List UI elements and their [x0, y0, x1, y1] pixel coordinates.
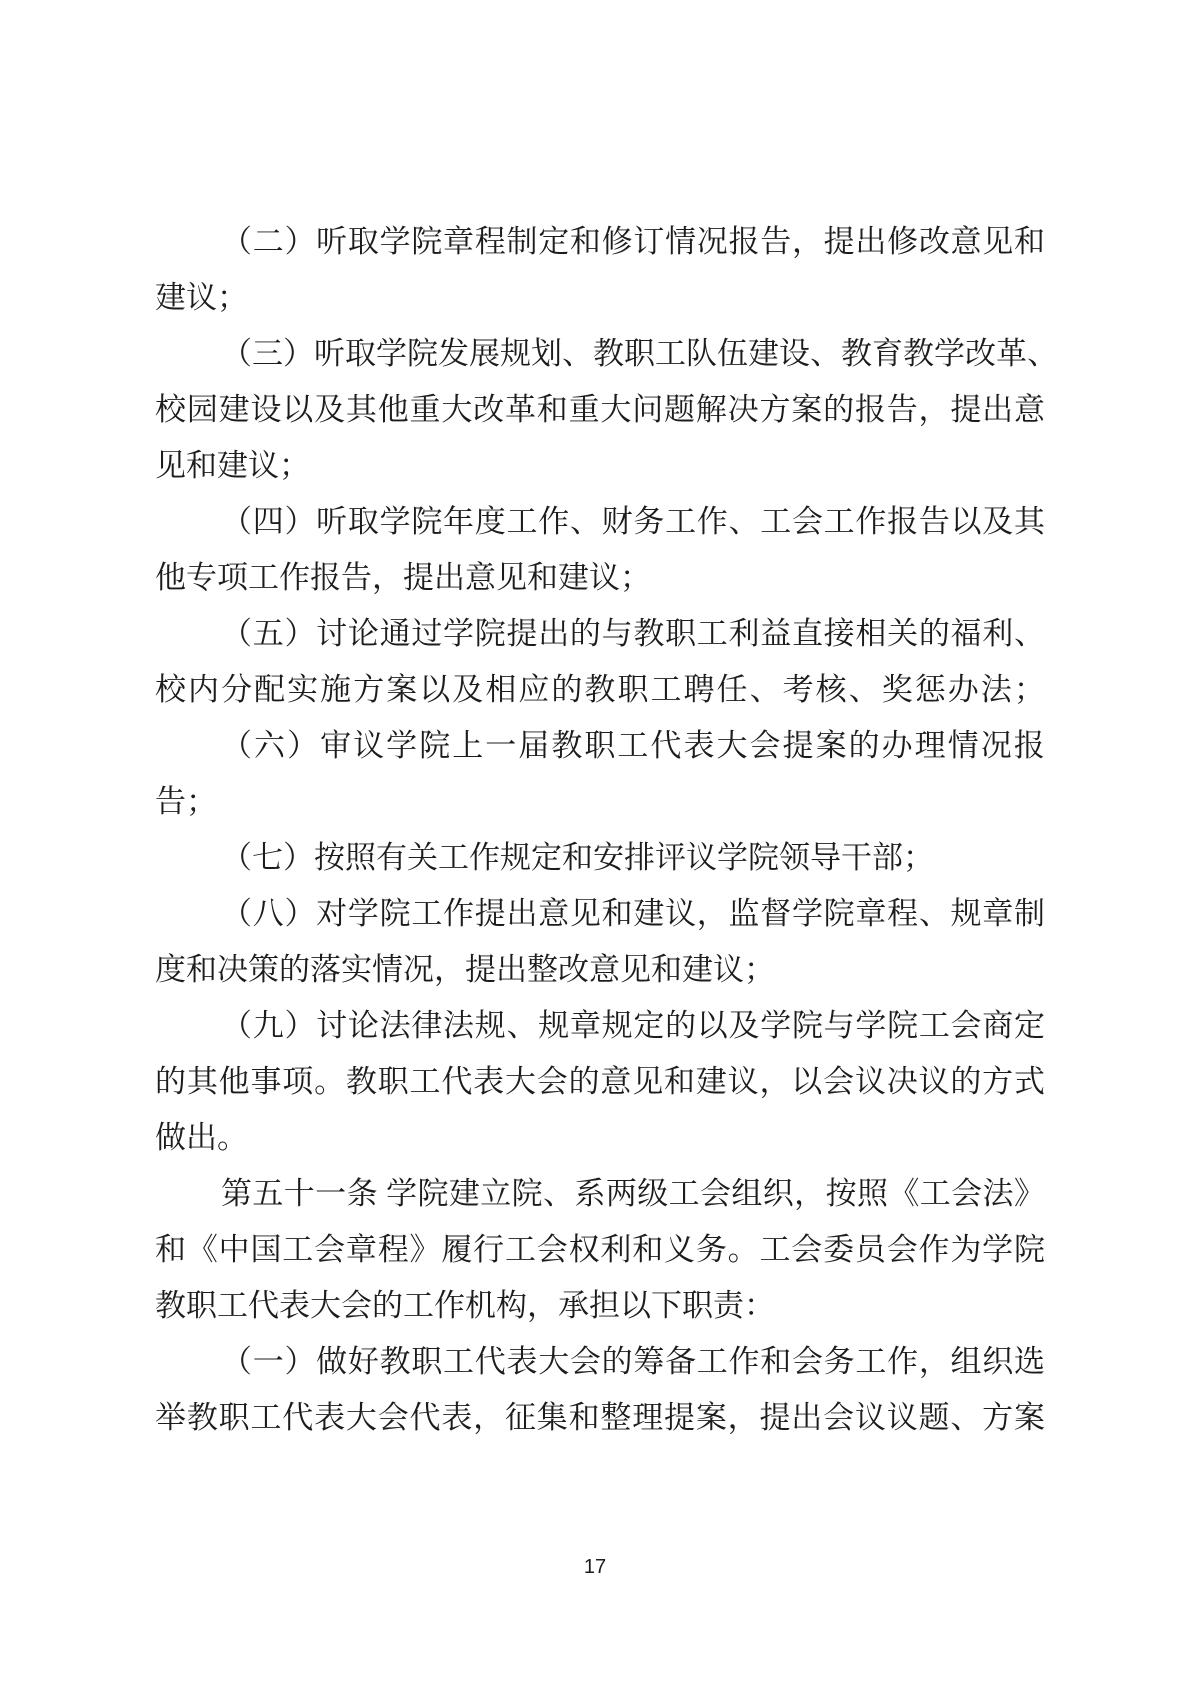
text-character: 其: [346, 382, 377, 438]
text-character: 工: [855, 1334, 886, 1390]
text-character: ）: [284, 494, 315, 550]
text-character: ，: [919, 1334, 950, 1390]
text-character: 、: [506, 998, 537, 1054]
text-character: 育: [872, 326, 903, 382]
text-character: 告: [919, 494, 950, 550]
text-character: 《: [888, 1166, 919, 1222]
text-line: 和《中国工会章程》履行工会权利和义务。工会委员会作为学院: [155, 1222, 1045, 1278]
text-character: 律: [411, 998, 442, 1054]
text-character: 接: [824, 606, 855, 662]
text-character: 员: [855, 1222, 886, 1278]
text-character: 取: [348, 214, 379, 270]
text-character: 院: [411, 494, 442, 550]
text-character: 上: [452, 718, 483, 774]
text-character: （: [221, 718, 252, 774]
text-character: 工: [665, 494, 696, 550]
text-character: 院: [1014, 1222, 1045, 1278]
text-character: 教: [584, 662, 615, 718]
text-character: 利: [600, 1222, 631, 1278]
text-character: 工: [443, 1334, 474, 1390]
text-character: 工: [506, 494, 537, 550]
text-character: 工: [920, 1166, 951, 1222]
text-line: 教职工代表大会的工作机构，承担以下职责：: [155, 1278, 1045, 1334]
text-character: 立: [480, 1166, 511, 1222]
text-character: 考: [783, 662, 814, 718]
text-character: 和: [664, 1054, 695, 1110]
text-character: 组: [731, 1166, 762, 1222]
text-character: 工: [650, 662, 681, 718]
text-character: 革: [996, 326, 1027, 382]
text-character: 案: [386, 662, 417, 718]
text-character: 照: [857, 1166, 888, 1222]
text-character: 好: [348, 1334, 379, 1390]
text-character: 见: [982, 214, 1013, 270]
text-character: 表: [506, 1334, 537, 1390]
text-character: 况: [697, 214, 728, 270]
text-character: ，: [794, 1166, 825, 1222]
text-character: 法: [443, 998, 474, 1054]
text-character: 二: [253, 214, 284, 270]
text-character: （: [221, 214, 252, 270]
text-character: 建: [748, 326, 779, 382]
text-character: 议: [728, 1054, 759, 1110]
text-character: 表: [441, 1390, 472, 1446]
text-character: 教: [633, 606, 664, 662]
text-line: 度和决策的落实情况，提出整改意见和建议；: [155, 942, 1045, 998]
text-character: 务: [824, 1334, 855, 1390]
text-character: 见: [570, 886, 601, 942]
text-character: 教: [346, 1054, 377, 1110]
document-page: （二）听取学院章程制定和修订情况报告，提出修改意见和建议；（三）听取学院发展规划…: [0, 0, 1190, 1683]
text-character: 院: [380, 886, 411, 942]
text-character: 审: [320, 718, 351, 774]
text-character: 重: [569, 382, 600, 438]
text-character: 工: [410, 1054, 441, 1110]
text-character: 况: [981, 718, 1012, 774]
text-character: 教: [551, 718, 582, 774]
text-character: 论: [348, 606, 379, 662]
text-character: 教: [380, 1334, 411, 1390]
text-character: 法: [981, 662, 1012, 718]
text-character: 奖: [882, 662, 913, 718]
text-character: 大: [716, 718, 747, 774]
text-character: 代: [282, 1390, 313, 1446]
text-character: 建: [696, 1054, 727, 1110]
text-character: 会: [823, 1054, 854, 1110]
text-character: 以: [791, 1054, 822, 1110]
text-character: 作: [887, 1334, 918, 1390]
text-character: 理: [632, 1390, 663, 1446]
text-character: 案: [1014, 1390, 1045, 1446]
text-character: 校: [155, 382, 186, 438]
text-character: 职: [584, 718, 615, 774]
text-character: 会: [823, 1390, 854, 1446]
text-character: 题: [919, 1390, 950, 1446]
text-character: 、: [950, 1390, 981, 1446]
text-character: 和: [632, 1222, 663, 1278]
text-character: 及: [982, 494, 1013, 550]
text-character: 与: [824, 998, 855, 1054]
text-character: 大: [441, 382, 472, 438]
text-character: [378, 1166, 386, 1222]
text-character: 履: [441, 1222, 472, 1278]
text-character: 八: [253, 886, 284, 942]
text-character: 报: [887, 494, 918, 550]
text-character: 出: [855, 214, 886, 270]
text-character: 工: [655, 326, 686, 382]
text-line: 举教职工代表大会代表，征集和整理提案，提出会议议题、方案: [155, 1390, 1045, 1446]
text-character: 作: [538, 494, 569, 550]
text-character: 会: [537, 1054, 568, 1110]
text-character: 工: [250, 1390, 281, 1446]
text-character: 、: [562, 326, 593, 382]
text-character: 学: [982, 1222, 1013, 1278]
text-character: 会: [791, 1222, 822, 1278]
text-character: 程: [887, 886, 918, 942]
text-character: 利: [729, 606, 760, 662]
text-character: 学: [792, 886, 823, 942]
text-character: 告: [760, 214, 791, 270]
text-character: 的: [919, 606, 950, 662]
text-line: 建议；: [155, 270, 1045, 326]
text-character: 情: [948, 718, 979, 774]
text-character: 院: [475, 606, 506, 662]
text-character: 分: [221, 662, 252, 718]
text-character: 职: [665, 606, 696, 662]
text-character: 》: [1014, 1166, 1045, 1222]
text-character: 》: [410, 1222, 441, 1278]
text-character: 大: [346, 1390, 377, 1446]
text-character: 章: [855, 886, 886, 942]
text-character: 六: [254, 718, 285, 774]
text-character: 相: [485, 662, 516, 718]
text-character: 院: [407, 326, 438, 382]
text-character: （: [221, 326, 252, 382]
text-character: 决: [887, 1054, 918, 1110]
text-character: 学: [934, 326, 965, 382]
text-character: 取: [345, 326, 376, 382]
text-character: 学: [348, 886, 379, 942]
text-character: 财: [602, 494, 633, 550]
text-line: 见和建议；: [155, 438, 1045, 494]
text-character: 会: [750, 718, 781, 774]
text-character: 届: [518, 718, 549, 774]
text-character: 议: [919, 1054, 950, 1110]
text-character: 工: [919, 998, 950, 1054]
text-character: 见: [632, 1054, 663, 1110]
text-character: 方: [759, 382, 790, 438]
text-character: 出: [982, 382, 1013, 438]
text-character: （: [221, 1334, 252, 1390]
text-character: 队: [686, 326, 717, 382]
text-character: 为: [950, 1222, 981, 1278]
text-character: 学: [380, 214, 411, 270]
text-character: 议: [353, 718, 384, 774]
text-character: 任: [717, 662, 748, 718]
text-character: 、: [1027, 326, 1058, 382]
text-character: 议: [855, 1054, 886, 1110]
text-character: 工: [282, 1222, 313, 1278]
text-character: 织: [763, 1166, 794, 1222]
text-line: （九）讨论法律法规、规章规定的以及学院与学院工会商定: [155, 998, 1045, 1054]
text-character: 章: [346, 1222, 377, 1278]
text-character: 的: [950, 1054, 981, 1110]
text-character: 院: [417, 1166, 448, 1222]
text-character: 订: [633, 214, 664, 270]
text-character: 问: [632, 382, 663, 438]
text-character: 职: [219, 1390, 250, 1446]
text-character: 会: [951, 1166, 982, 1222]
text-character: 三: [252, 326, 283, 382]
text-character: 讨: [316, 606, 347, 662]
text-character: 大: [505, 1054, 536, 1110]
text-character: 项: [282, 1054, 313, 1110]
text-character: 工: [760, 494, 791, 550]
text-character: 式: [1014, 1054, 1045, 1110]
text-character: 重: [410, 382, 441, 438]
text-character: 院: [512, 1166, 543, 1222]
text-character: 作: [729, 1334, 760, 1390]
text-character: 意: [538, 886, 569, 942]
text-character: 的: [665, 998, 696, 1054]
text-character: 和: [569, 1390, 600, 1446]
text-character: 章: [443, 214, 474, 270]
text-character: 学: [855, 998, 886, 1054]
text-character: 会: [570, 1334, 601, 1390]
text-character: 通: [380, 606, 411, 662]
text-character: 程: [378, 1222, 409, 1278]
text-character: 代: [650, 718, 681, 774]
text-character: 会: [314, 1222, 345, 1278]
text-character: 章: [570, 998, 601, 1054]
text-character: 级: [637, 1166, 668, 1222]
text-character: 督: [760, 886, 791, 942]
text-character: 院: [792, 998, 823, 1054]
text-character: 听: [316, 214, 347, 270]
text-character: （: [221, 494, 252, 550]
text-character: 第: [221, 1166, 252, 1222]
text-character: 过: [411, 606, 442, 662]
text-character: 学: [386, 1166, 417, 1222]
text-character: 五: [253, 606, 284, 662]
text-character: 情: [665, 214, 696, 270]
text-character: 规: [951, 886, 982, 942]
text-character: 教: [903, 326, 934, 382]
text-character: 提: [475, 886, 506, 942]
text-character: 和: [602, 886, 633, 942]
text-character: 工: [617, 718, 648, 774]
text-character: 表: [314, 1390, 345, 1446]
text-character: 、: [919, 886, 950, 942]
text-character: 他: [378, 382, 409, 438]
text-character: 建: [633, 886, 664, 942]
text-character: 的: [602, 1334, 633, 1390]
text-character: 的: [155, 1054, 186, 1110]
text-line: 他专项工作报告，提出意见和建议；: [155, 550, 1045, 606]
text-character: 备: [665, 1334, 696, 1390]
text-character: （: [221, 998, 252, 1054]
text-character: 职: [617, 662, 648, 718]
text-character: 和: [155, 1222, 186, 1278]
text-character: 职: [624, 326, 655, 382]
text-character: 论: [348, 998, 379, 1054]
text-character: 委: [823, 1222, 854, 1278]
text-character: 提: [759, 1390, 790, 1446]
text-character: 他: [219, 1054, 250, 1110]
text-character: 职: [378, 1054, 409, 1110]
text-character: 理: [915, 718, 946, 774]
text-character: 集: [537, 1390, 568, 1446]
text-character: 定: [1014, 998, 1045, 1054]
text-character: 系: [574, 1166, 605, 1222]
text-character: 的: [569, 1054, 600, 1110]
text-character: 代: [441, 1054, 472, 1110]
text-character: 及: [314, 382, 345, 438]
text-character: 的: [823, 382, 854, 438]
text-line: （四）听取学院年度工作、财务工作、工会工作报告以及其: [155, 494, 1045, 550]
text-character: 修: [602, 214, 633, 270]
text-character: 实: [287, 662, 318, 718]
text-character: 程: [475, 214, 506, 270]
text-character: 会: [537, 1222, 568, 1278]
text-character: 教: [187, 1390, 218, 1446]
text-character: 意: [600, 1054, 631, 1110]
text-character: ，: [759, 1054, 790, 1110]
text-character: 代: [410, 1390, 441, 1446]
text-character: 院: [887, 998, 918, 1054]
text-character: 和: [537, 382, 568, 438]
document-lines: （二）听取学院章程制定和修订情况报告，提出修改意见和建议；（三）听取学院发展规划…: [155, 214, 1045, 1446]
text-character: ）: [284, 606, 315, 662]
text-character: 作: [697, 494, 728, 550]
text-character: 大: [538, 1334, 569, 1390]
text-character: 教: [841, 326, 872, 382]
text-character: ）: [287, 718, 318, 774]
text-character: 学: [380, 494, 411, 550]
text-character: 中: [219, 1222, 250, 1278]
text-character: 一: [485, 718, 516, 774]
text-line: （八）对学院工作提出意见和建议，监督学院章程、规章制: [155, 886, 1045, 942]
text-character: 法: [380, 998, 411, 1054]
text-character: 改: [965, 326, 996, 382]
text-character: ）: [284, 1334, 315, 1390]
text-character: 规: [500, 326, 531, 382]
text-character: 章: [982, 886, 1013, 942]
text-character: 教: [593, 326, 624, 382]
text-character: 建: [219, 382, 250, 438]
text-line: （三）听取学院发展规划、教职工队伍建设、教育教学改革、: [155, 326, 1045, 382]
text-character: 和: [1014, 214, 1045, 270]
text-character: 革: [505, 382, 536, 438]
text-character: 工: [505, 1222, 536, 1278]
text-character: 及: [452, 662, 483, 718]
text-character: 学: [386, 718, 417, 774]
text-character: 《: [187, 1222, 218, 1278]
text-character: 与: [602, 606, 633, 662]
text-character: 议: [855, 1390, 886, 1446]
text-character: 内: [188, 662, 219, 718]
text-character: 伍: [717, 326, 748, 382]
text-character: 其: [187, 1054, 218, 1110]
text-character: 案: [696, 1390, 727, 1446]
text-character: 施: [320, 662, 351, 718]
text-character: 方: [982, 1054, 1013, 1110]
text-line: 第五十一条 学院建立院、系两级工会组织，按照《工会法》: [155, 1166, 1045, 1222]
text-character: （: [221, 886, 252, 942]
text-line: 做出。: [155, 1110, 1045, 1166]
text-character: 聘: [684, 662, 715, 718]
text-character: 直: [792, 606, 823, 662]
text-character: 年: [443, 494, 474, 550]
text-character: 作: [443, 886, 474, 942]
text-character: 九: [253, 998, 284, 1054]
text-character: 听: [314, 326, 345, 382]
text-character: 和: [570, 214, 601, 270]
text-character: 法: [983, 1166, 1014, 1222]
text-character: 权: [569, 1222, 600, 1278]
text-character: 核: [816, 662, 847, 718]
text-character: 报: [729, 214, 760, 270]
text-character: 义: [664, 1222, 695, 1278]
text-character: 、: [1014, 606, 1045, 662]
text-character: 、: [750, 662, 781, 718]
text-character: 职: [411, 1334, 442, 1390]
text-character: 提: [506, 606, 537, 662]
text-character: 会: [700, 1166, 731, 1222]
text-character: 案: [791, 382, 822, 438]
text-character: 制: [1014, 886, 1045, 942]
text-character: 四: [253, 494, 284, 550]
text-character: ，: [728, 1390, 759, 1446]
text-character: 出: [791, 1390, 822, 1446]
text-line: （五）讨论通过学院提出的与教职工利益直接相关的福利、: [155, 606, 1045, 662]
text-character: 发: [438, 326, 469, 382]
text-character: 规: [475, 998, 506, 1054]
text-character: 会: [792, 494, 823, 550]
text-character: ）: [284, 998, 315, 1054]
text-character: 工: [669, 1166, 700, 1222]
text-character: 的: [849, 718, 880, 774]
text-character: 配: [254, 662, 285, 718]
text-line: （六）审议学院上一届教职工代表大会提案的办理情况报: [155, 718, 1045, 774]
text-character: 事: [250, 1054, 281, 1110]
text-character: ）: [284, 214, 315, 270]
text-character: 意: [951, 214, 982, 270]
text-line: 校内分配实施方案以及相应的教职工聘任、考核、奖惩办法；: [155, 662, 1045, 718]
text-character: 定: [538, 214, 569, 270]
text-character: 园: [187, 382, 218, 438]
text-character: 、: [849, 662, 880, 718]
text-character: 一: [253, 1334, 284, 1390]
text-line: 告；: [155, 774, 1045, 830]
text-character: 国: [250, 1222, 281, 1278]
text-character: 取: [348, 494, 379, 550]
text-character: 展: [469, 326, 500, 382]
text-character: 案: [816, 718, 847, 774]
text-character: 的: [570, 606, 601, 662]
text-character: 会: [792, 1334, 823, 1390]
text-character: ，: [697, 886, 728, 942]
text-character: 提: [783, 718, 814, 774]
text-character: 改: [473, 382, 504, 438]
text-character: 修: [887, 214, 918, 270]
text-character: 工: [411, 886, 442, 942]
text-character: 学: [760, 998, 791, 1054]
text-character: 办: [882, 718, 913, 774]
text-character: 题: [664, 382, 695, 438]
text-character: 相: [855, 606, 886, 662]
text-character: 报: [1014, 718, 1045, 774]
